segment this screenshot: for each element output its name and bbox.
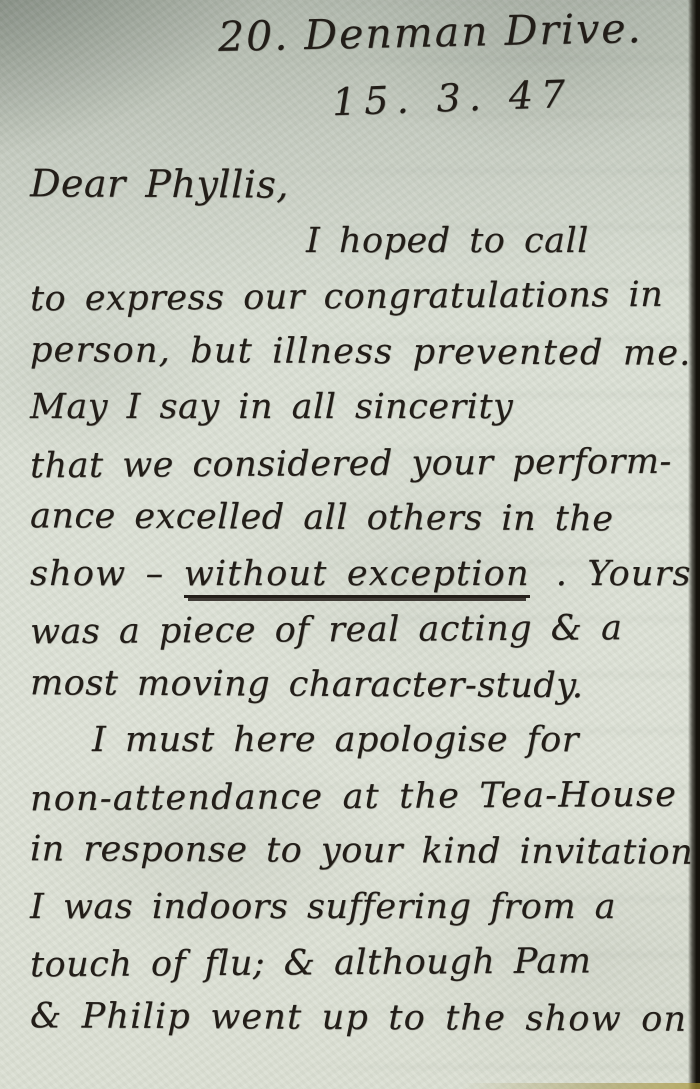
letter-line: I must here apologise for: [30, 713, 690, 769]
letter-line: non-attendance at the Tea-House: [30, 767, 690, 827]
letter-line: person, but illness prevented me.: [30, 323, 690, 382]
letter-line: ance excelled all others in the: [30, 489, 690, 548]
letter-line: was a piece of real acting & a: [30, 601, 690, 661]
line-post: . Yours: [556, 554, 692, 594]
letter-line-underlined: show – without exception. Yours: [30, 547, 690, 603]
salutation: Dear Phyllis,: [30, 156, 690, 215]
letter-line: & Philip went up to the show on: [30, 989, 690, 1048]
line-pre: show –: [30, 554, 184, 594]
scanner-dark-edge: [688, 0, 700, 1089]
scanned-letter-page: 20. Denman Drive. 15. 3. 47 Dear Phyllis…: [0, 0, 700, 1089]
letter-line: I was indoors suffering from a: [30, 880, 690, 936]
letter-line: to express our congratulations in: [30, 268, 690, 328]
scanner-bottom-edge: [460, 1083, 700, 1089]
letter-line: I hoped to call: [30, 214, 690, 270]
letter-line: in response to your kind invitation.: [30, 822, 690, 881]
letter-line: that we considered your perform-: [30, 434, 690, 494]
address-line: 20. Denman Drive.: [218, 3, 689, 61]
date-line: 15. 3. 47: [331, 72, 574, 124]
letter-line: May I say in all sincerity: [30, 380, 690, 436]
letter-line: touch of flu; & although Pam: [30, 934, 690, 994]
letter-body: Dear Phyllis, I hoped to call to express…: [30, 158, 690, 1046]
underlined-phrase: without exception: [184, 554, 530, 598]
letter-line: most moving character-study.: [30, 656, 690, 715]
